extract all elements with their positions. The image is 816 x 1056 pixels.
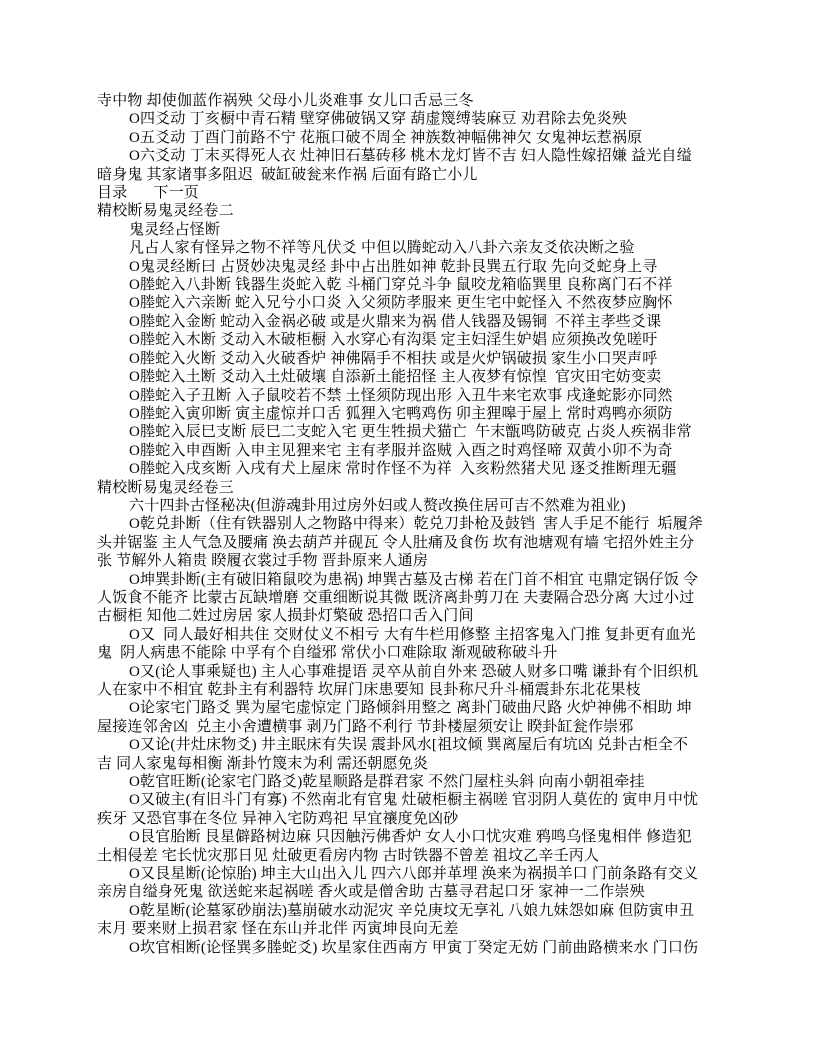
toc-link[interactable]: 目录 [97, 185, 127, 201]
text-line: O又 同人最好相共住 交财仗义不相亏 大有牛栏用修整 主招客鬼入门推 复卦更有血… [97, 626, 723, 644]
text-line: 屋接连邻舍凶 兑主小舍遭横事 剥乃门路不利行 节卦楼屋须安让 睽卦缸瓮作崇邪 [97, 718, 723, 736]
text-line: O乾官旺断(论家宅门路爻)乾星顺路是群君家 不然门屋柱头斜 向南小朝祖牵挂 [97, 773, 723, 791]
text-line: 六十四卦古怪秘决(但游魂卦用过房外妇或人赘改换住居可吉不然难为祖业) [97, 497, 723, 515]
text-line: O坤巽卦断(主有破旧箱鼠咬为患祸) 坤巽古墓及古梯 若在门首不相宜 屯鼎定锅仔饭… [97, 571, 723, 589]
text-line: 凡占人家有怪异之物不祥等凡伏爻 中但以腾蛇动入八卦六亲友爻依决断之验 [97, 239, 723, 257]
text-line: 精校断易鬼灵经卷二 [97, 202, 723, 220]
text-line: 鬼灵经占怪断 [97, 221, 723, 239]
text-line: 吉 同人家鬼每相衡 渐卦竹篾末为利 需还朝愿免炎 [97, 755, 723, 773]
text-line: 寺中物 却使伽蓝作祸殃 父母小儿炎难事 女儿口舌忌三冬 [97, 92, 723, 110]
text-line: 古橱柜 知他二姓过房居 家人损卦灯檠破 恐招口舌入门间 [97, 607, 723, 625]
text-line: O艮官胎断 艮星僻路树边麻 只因触污佛香炉 女人小口忧灾难 鸦鸣乌怪鬼相伴 修造… [97, 828, 723, 846]
text-line: 疾牙 又恐官事在冬位 异神入宅防鸡祀 早宜禳度免凶砂 [97, 810, 723, 828]
text-line: O塍蛇入寅卯断 寅主虚惊并口舌 狐狸入宅鸭鸡伤 卯主狸嗥于屋上 常时鸡鸭亦须防 [97, 405, 723, 423]
next-page-link[interactable]: 下一页 [153, 185, 199, 201]
text-line: O乾兑卦断（住有铁器别人之物路中得来）乾兑刀卦枪及鼓铛 害人手足不能行 垢履斧 [97, 515, 723, 533]
text-line: 张 节解外人箱贵 睽履衣裳过手物 晋卦原来人通房 [97, 552, 723, 570]
text-line: O五爻动 丁酉门前路不宁 花瓶口破不周全 神族数神幅佛神欠 女鬼神坛惹祸原 [97, 129, 723, 147]
text-line: 头并锯鉴 主人气急及腰痛 涣去葫芦并砚瓦 令人肚痛及食伤 坎有池塘观有墙 宅招外… [97, 534, 723, 552]
text-line: O塍蛇入申酉断 入申主见狸来宅 主有孝服并盗贼 入酉之时鸡怪啼 双黄小卯不为奇 [97, 442, 723, 460]
text-line: O坎官相断(论怪巽多塍蛇爻) 坎星家住西南方 甲寅丁癸定无妨 门前曲路横来水 门… [97, 939, 723, 957]
text-line: 人在家中不相宜 乾卦主有利器特 坎屏门床患要知 艮卦称尺升斗桶震卦东北花果枝 [97, 681, 723, 699]
text-line: O塍蛇入八卦断 钱器生炎蛇入乾 斗桶门穿兑斗争 鼠咬龙箱临巽里 良称离门石不祥 [97, 276, 723, 294]
text-line: O又艮星断(论惊胎) 坤主大山出入儿 四六八郎并革埋 涣来为祸损羊口 门前条路有… [97, 865, 723, 883]
text-line: 暗身鬼 其家诸事多阻迟 破缸破瓮来作祸 后面有路亡小儿 [97, 166, 723, 184]
text-line: O又(论人事乘疑也) 主人心事难提语 灵卒从前自外来 恐破人财多口嘴 谦卦有个旧… [97, 663, 723, 681]
text-line: O论家宅门路爻 巽为屋宅虚惊定 门路倾斜用整之 离卦门破曲尺路 火炉神佛不相助 … [97, 699, 723, 717]
text-line: O又破主(有旧斗门有寡) 不然南北有官鬼 灶破柜橱主祸嗟 官羽阴人莫佐的 寅申月… [97, 791, 723, 809]
text-line: O塍蛇入子丑断 入子鼠咬若不禁 土怪须防现出形 入丑牛来宅欢事 戌逢蛇影亦同然 [97, 387, 723, 405]
text-line: O塍蛇入戌亥断 入戌有犬上屋床 常时作怪不为祥 入亥粉然猪犬见 逐爻推断理无疆 [97, 460, 723, 478]
document-body: 寺中物 却使伽蓝作祸殃 父母小儿炎难事 女儿口舌忌三冬O四爻动 丁亥橱中青石精 … [97, 92, 723, 957]
text-line: O塍蛇入土断 爻动入土灶破壤 自添新土能招怪 主人夜梦有惊惶 官灾田宅妨变卖 [97, 368, 723, 386]
text-line: 鬼 阴人病患不能除 中孚有个自缢邪 常伏小口难除取 渐观破称破斗升 [97, 644, 723, 662]
text-line: O六爻动 丁末买得死人衣 灶神旧石墓砖移 桃木龙灯皆不吉 妇人隐性嫁招嫌 益光自… [97, 147, 723, 165]
text-line: 亲房自缢身死鬼 欲送蛇来起祸嗟 香火或是僧舍助 古墓寻君起口牙 家神一二作崇殃 [97, 883, 723, 901]
page-nav: 目录下一页 [97, 184, 723, 202]
text-line: O塍蛇入金断 蛇动入金祸必破 或是火鼎来为祸 借人钱器及锡铜 不祥主孝些爻课 [97, 313, 723, 331]
text-line: O四爻动 丁亥橱中青石精 壁穿佛破锅又穿 葫虚篾缚装麻豆 劝君除去免炎殃 [97, 110, 723, 128]
text-line: 精校断易鬼灵经卷三 [97, 479, 723, 497]
text-line: 土相侵差 宅长忧灾那日见 灶破更看房内物 古时铁器不曾差 祖坟乙辛壬丙人 [97, 847, 723, 865]
document-page: 寺中物 却使伽蓝作祸殃 父母小儿炎难事 女儿口舌忌三冬O四爻动 丁亥橱中青石精 … [0, 0, 816, 1056]
text-line: O鬼灵经断曰 占贤妙决鬼灵经 卦中占出胜如神 乾卦艮巽五行取 先向爻蛇身上寻 [97, 258, 723, 276]
text-line: O又论(井灶床物爻) 井主眠床有失误 震卦风水[祖坟倾 巽离屋后有坑凶 兑卦古柜… [97, 736, 723, 754]
text-line: O塍蛇入火断 爻动入火破香炉 神佛隔手不相扶 或是火炉锅破损 家生小口哭声呼 [97, 350, 723, 368]
text-line: O塍蛇入木断 爻动入木破柜橱 入水穿心有沟渠 定主妇淫生妒娼 应须换改免嗟吁 [97, 331, 723, 349]
text-line: O塍蛇入六亲断 蛇入兄兮小口炎 入父须防孝服来 更生宅中蛇怪入 不然夜梦应胸怀 [97, 294, 723, 312]
text-line: O乾星断(论墓冢砂崩法)墓崩破水动泥灾 辛兑庚坟无享礼 八娘九妹怨如麻 但防寅申… [97, 902, 723, 920]
text-line: 人饭食不能齐 比蒙古瓦缺增磨 交重细断说其微 既济离卦剪刀在 夫妻隔合恐分离 大… [97, 589, 723, 607]
text-line: O塍蛇入辰巳支断 辰巳二支蛇入宅 更生牲损犬猫亡 午末甑鸣防破克 占炎人疾祸非常 [97, 423, 723, 441]
text-line: 末月 要来财上损君家 怪在东山并北伴 丙寅坤艮向无差 [97, 920, 723, 938]
